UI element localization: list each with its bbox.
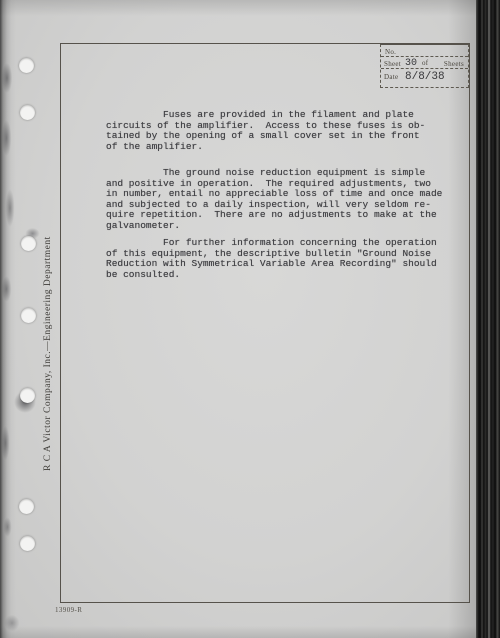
bottom-shadow	[0, 626, 478, 638]
punch-hole	[21, 308, 36, 323]
scanned-document-page: No. Sheet 30 of Sheets Date 8/8/38 Fuses…	[0, 0, 500, 638]
sheets-label: Sheets	[444, 60, 464, 68]
stamp-row-sheet: Sheet 30 of Sheets	[381, 57, 468, 69]
sheet-label: Sheet	[384, 60, 401, 68]
punch-hole	[19, 58, 34, 73]
punch-hole	[21, 236, 36, 251]
stamp-box: No. Sheet 30 of Sheets Date 8/8/38	[380, 44, 469, 88]
binding-edge	[476, 0, 500, 638]
ink-smudge	[0, 58, 14, 98]
no-label: No.	[385, 48, 396, 56]
punch-hole	[20, 536, 35, 551]
ink-smudge	[4, 183, 16, 233]
paper-sheet: No. Sheet 30 of Sheets Date 8/8/38 Fuses…	[0, 0, 478, 638]
paragraph: The ground noise reduction equipment is …	[106, 168, 442, 232]
ink-smudge	[2, 612, 22, 634]
paragraph: For further information concerning the o…	[106, 238, 437, 280]
date-label: Date	[384, 73, 398, 81]
company-imprint: R C A Victor Company, Inc.—Engineering D…	[43, 236, 53, 471]
form-number: 13909-R	[55, 606, 82, 614]
punch-hole	[19, 499, 34, 514]
punch-hole	[20, 105, 35, 120]
ink-smudge	[0, 114, 13, 162]
paragraph: Fuses are provided in the filament and p…	[106, 110, 425, 152]
stamp-row-date: Date 8/8/38	[381, 69, 468, 85]
of-label: of	[422, 59, 428, 67]
stamp-row-number: No.	[381, 45, 468, 57]
ink-smudge	[2, 514, 13, 540]
date-value: 8/8/38	[405, 71, 445, 83]
ink-smudge	[0, 420, 11, 466]
sheet-number-value: 30	[405, 58, 417, 69]
punch-hole	[20, 388, 35, 403]
top-shadow	[0, 0, 478, 16]
ink-smudge	[0, 272, 13, 306]
